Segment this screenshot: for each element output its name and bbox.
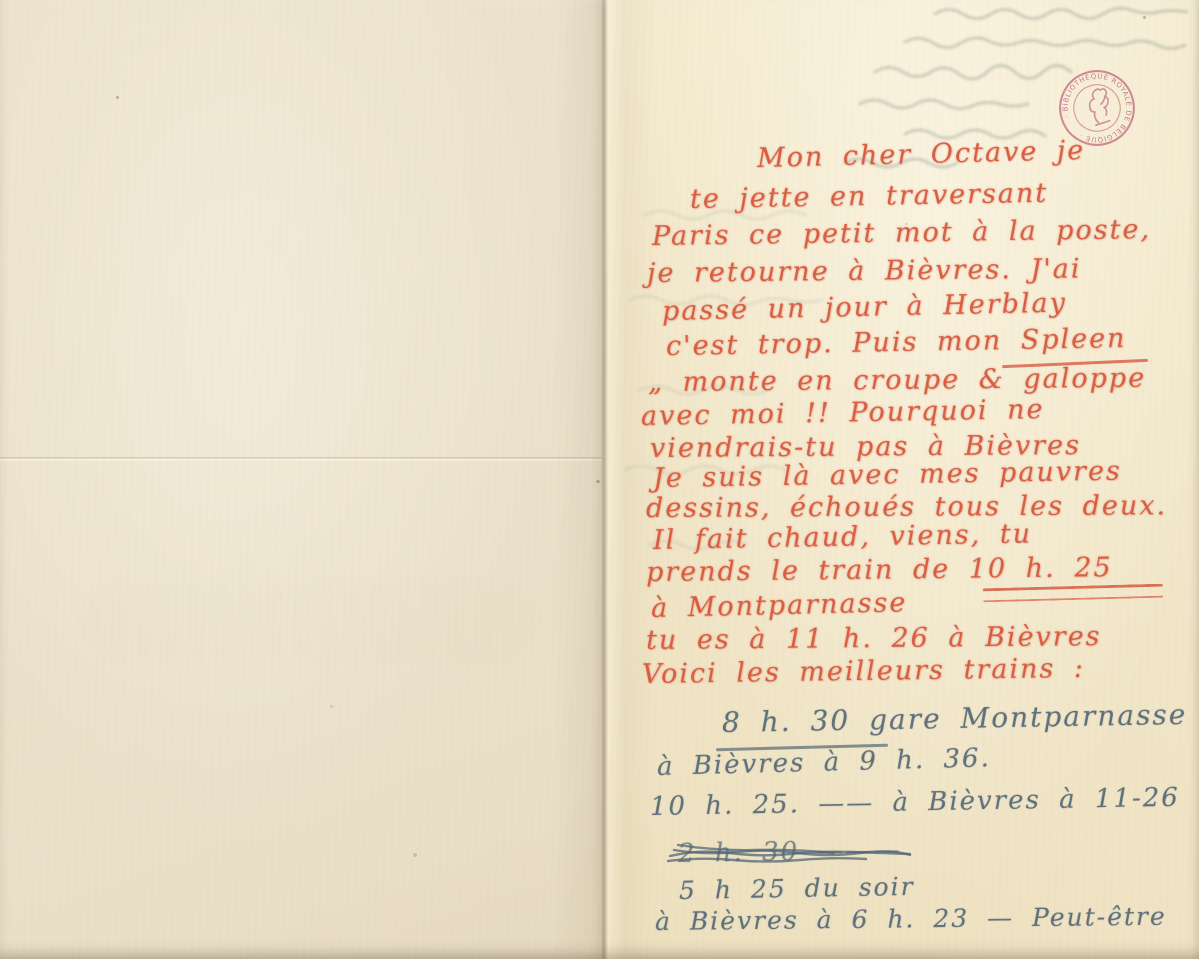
handwritten-line: à Montparnasse [651,587,908,624]
letter-scan: · BIBLIOTHÈQUE ROYALE DE BELGIQUE · Mon … [0,0,1199,959]
handwritten-line: prends le train de 10 h. 25 [646,552,1113,588]
handwritten-line: 5 h 25 du soir [679,872,915,905]
handwritten-line-crossed-out: 2 h. 30 ——— [678,835,902,869]
handwritten-line: te jette en traversant [690,178,1049,215]
handwritten-line: Il fait chaud, viens, tu [653,518,1032,556]
handwritten-line: tu es à 11 h. 26 à Bièvres [646,621,1102,656]
letter-left-page [0,0,605,959]
paper-watermark [85,580,535,660]
handwritten-line: à Bièvres à 6 h. 23 — Peut-être [655,902,1167,936]
handwritten-line: dessins, échoués tous les deux. [646,490,1167,524]
handwritten-line: „ monte en croupe & galoppe [648,363,1146,398]
handwritten-line: je retourne à Bièvres. J'ai [647,253,1082,289]
handwritten-line: Voici les meilleurs trains : [642,653,1085,690]
